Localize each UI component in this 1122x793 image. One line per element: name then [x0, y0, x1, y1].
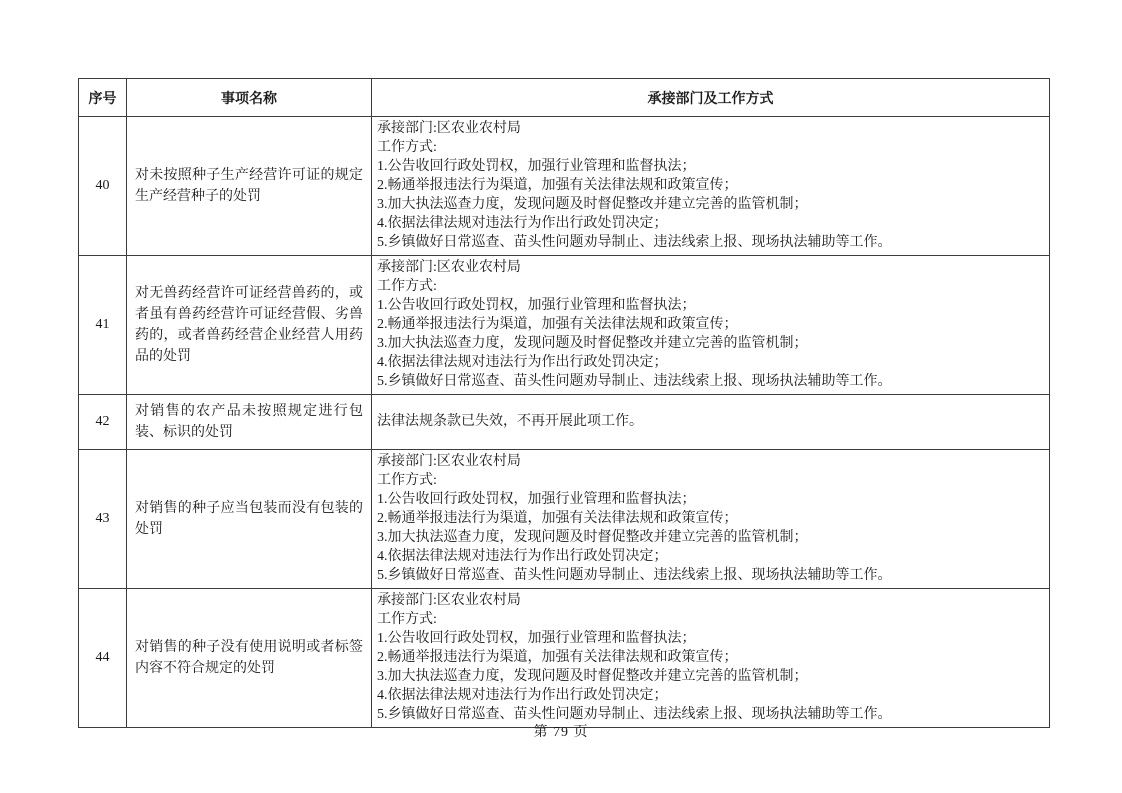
row-details: 承接部门:区农业农村局工作方式:1.公告收回行政处罚权，加强行业管理和监督执法；…	[372, 256, 1050, 395]
header-dept-method: 承接部门及工作方式	[372, 79, 1050, 117]
row-number: 44	[79, 589, 127, 728]
detail-line: 1.公告收回行政处罚权，加强行业管理和监督执法；	[377, 296, 1043, 315]
detail-line: 5.乡镇做好日常巡查、苗头性问题劝导制止、违法线索上报、现场执法辅助等工作。	[377, 233, 1043, 252]
matters-table: 序号 事项名称 承接部门及工作方式 40 对未按照种子生产经营许可证的规定生产经…	[78, 78, 1050, 728]
detail-line: 承接部门:区农业农村局	[377, 452, 1043, 471]
detail-line: 承接部门:区农业农村局	[377, 119, 1043, 138]
table-row: 40 对未按照种子生产经营许可证的规定生产经营种子的处罚 承接部门:区农业农村局…	[79, 117, 1050, 256]
detail-line: 4.依据法律法规对违法行为作出行政处罚决定；	[377, 547, 1043, 566]
detail-line: 4.依据法律法规对违法行为作出行政处罚决定；	[377, 353, 1043, 372]
detail-line: 工作方式:	[377, 277, 1043, 296]
detail-line: 承接部门:区农业农村局	[377, 258, 1043, 277]
row-number: 40	[79, 117, 127, 256]
row-number: 41	[79, 256, 127, 395]
detail-line: 工作方式:	[377, 138, 1043, 157]
detail-line: 4.依据法律法规对违法行为作出行政处罚决定；	[377, 686, 1043, 705]
row-name: 对无兽药经营许可证经营兽药的，或者虽有兽药经营许可证经营假、劣兽药的，或者兽药经…	[127, 256, 372, 395]
row-details: 承接部门:区农业农村局工作方式:1.公告收回行政处罚权，加强行业管理和监督执法；…	[372, 589, 1050, 728]
detail-line: 工作方式:	[377, 610, 1043, 629]
row-name: 对销售的种子没有使用说明或者标签内容不符合规定的处罚	[127, 589, 372, 728]
detail-line: 2.畅通举报违法行为渠道，加强有关法律法规和政策宣传；	[377, 315, 1043, 334]
detail-line: 2.畅通举报违法行为渠道，加强有关法律法规和政策宣传；	[377, 648, 1043, 667]
header-seq-no: 序号	[79, 79, 127, 117]
detail-line: 5.乡镇做好日常巡查、苗头性问题劝导制止、违法线索上报、现场执法辅助等工作。	[377, 566, 1043, 585]
page-number: 第 79 页	[0, 721, 1122, 741]
detail-line: 2.畅通举报违法行为渠道，加强有关法律法规和政策宣传；	[377, 509, 1043, 528]
detail-line: 2.畅通举报违法行为渠道，加强有关法律法规和政策宣传；	[377, 176, 1043, 195]
table-body: 40 对未按照种子生产经营许可证的规定生产经营种子的处罚 承接部门:区农业农村局…	[79, 117, 1050, 728]
detail-line: 1.公告收回行政处罚权，加强行业管理和监督执法；	[377, 157, 1043, 176]
row-name: 对未按照种子生产经营许可证的规定生产经营种子的处罚	[127, 117, 372, 256]
detail-line: 法律法规条款已失效，不再开展此项工作。	[377, 412, 1043, 431]
detail-line: 5.乡镇做好日常巡查、苗头性问题劝导制止、违法线索上报、现场执法辅助等工作。	[377, 372, 1043, 391]
table-row: 41 对无兽药经营许可证经营兽药的，或者虽有兽药经营许可证经营假、劣兽药的，或者…	[79, 256, 1050, 395]
row-details: 承接部门:区农业农村局工作方式:1.公告收回行政处罚权，加强行业管理和监督执法；…	[372, 117, 1050, 256]
table-header: 序号 事项名称 承接部门及工作方式	[79, 79, 1050, 117]
row-details: 法律法规条款已失效，不再开展此项工作。	[372, 395, 1050, 450]
detail-line: 3.加大执法巡查力度，发现问题及时督促整改并建立完善的监管机制；	[377, 195, 1043, 214]
row-name: 对销售的农产品未按照规定进行包装、标识的处罚	[127, 395, 372, 450]
document-page: 序号 事项名称 承接部门及工作方式 40 对未按照种子生产经营许可证的规定生产经…	[0, 0, 1122, 793]
table-row: 42 对销售的农产品未按照规定进行包装、标识的处罚 法律法规条款已失效，不再开展…	[79, 395, 1050, 450]
row-number: 42	[79, 395, 127, 450]
table-row: 44 对销售的种子没有使用说明或者标签内容不符合规定的处罚 承接部门:区农业农村…	[79, 589, 1050, 728]
table-row: 43 对销售的种子应当包装而没有包装的处罚 承接部门:区农业农村局工作方式:1.…	[79, 450, 1050, 589]
detail-line: 3.加大执法巡查力度，发现问题及时督促整改并建立完善的监管机制；	[377, 334, 1043, 353]
detail-line: 工作方式:	[377, 471, 1043, 490]
detail-line: 1.公告收回行政处罚权，加强行业管理和监督执法；	[377, 490, 1043, 509]
row-number: 43	[79, 450, 127, 589]
detail-line: 承接部门:区农业农村局	[377, 591, 1043, 610]
detail-line: 4.依据法律法规对违法行为作出行政处罚决定；	[377, 214, 1043, 233]
detail-line: 3.加大执法巡查力度，发现问题及时督促整改并建立完善的监管机制；	[377, 667, 1043, 686]
header-row: 序号 事项名称 承接部门及工作方式	[79, 79, 1050, 117]
row-name: 对销售的种子应当包装而没有包装的处罚	[127, 450, 372, 589]
detail-line: 3.加大执法巡查力度，发现问题及时督促整改并建立完善的监管机制；	[377, 528, 1043, 547]
header-item-name: 事项名称	[127, 79, 372, 117]
row-details: 承接部门:区农业农村局工作方式:1.公告收回行政处罚权，加强行业管理和监督执法；…	[372, 450, 1050, 589]
detail-line: 1.公告收回行政处罚权，加强行业管理和监督执法；	[377, 629, 1043, 648]
